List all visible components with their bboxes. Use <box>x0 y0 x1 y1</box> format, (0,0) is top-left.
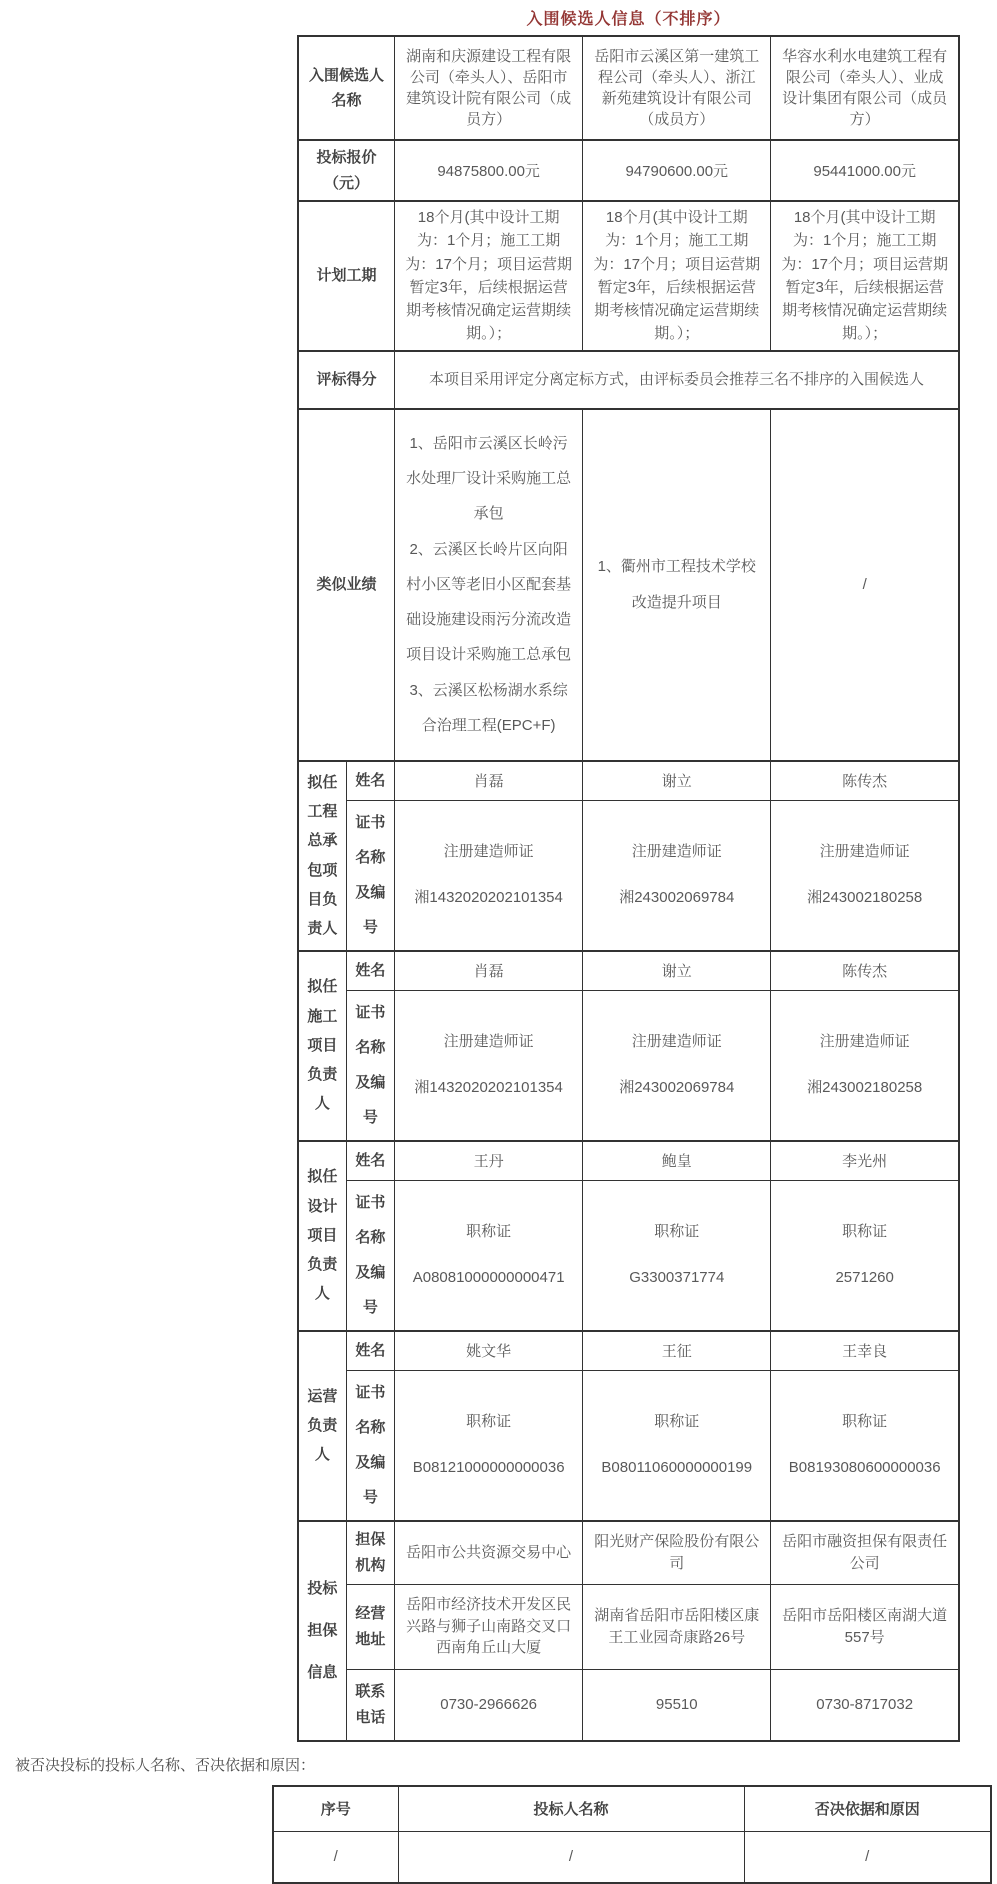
operation-leader-cert-2: 职称证 B08011060000000199 <box>583 1370 771 1521</box>
epc-leader-name-2: 谢立 <box>583 761 771 801</box>
rejected-header-reason: 否决依据和原因 <box>744 1786 991 1832</box>
epc-leader-cert-2: 注册建造师证 湘243002069784 <box>583 800 771 951</box>
sub-label-cert: 证书名称及编号 <box>346 1180 394 1331</box>
sub-label-guarantee-phone: 联系电话 <box>346 1669 394 1741</box>
guarantee-address-row: 经营地址 岳阳市经济技术开发区民兴路与狮子山南路交叉口西南角丘山大厦 湖南省岳阳… <box>298 1584 959 1669</box>
sub-label-guarantee-address: 经营地址 <box>346 1584 394 1669</box>
guarantee-address-3: 岳阳市岳阳楼区南湖大道557号 <box>771 1584 959 1669</box>
sub-label-name: 姓名 <box>346 1141 394 1181</box>
duration-3: 18个月(其中设计工期为：1个月；施工工期为：17个月；项目运营期暂定3年，后续… <box>771 201 959 351</box>
row-label-duration: 计划工期 <box>298 201 395 351</box>
epc-leader-name-1: 肖磊 <box>395 761 583 801</box>
design-leader-cert-3: 职称证 2571260 <box>771 1180 959 1331</box>
rejected-reason-value: / <box>744 1831 991 1883</box>
design-leader-name-3: 李光州 <box>771 1141 959 1181</box>
group-label-epc-leader: 拟任工程总承包项目负责人 <box>298 761 346 951</box>
achievement-3: / <box>771 409 959 761</box>
group-label-construction-leader: 拟任施工项目负责人 <box>298 951 346 1141</box>
duration-1: 18个月(其中设计工期为：1个月；施工工期为：17个月；项目运营期暂定3年，后续… <box>395 201 583 351</box>
construction-leader-cert-row: 证书名称及编号 注册建造师证 湘1432020202101354 注册建造师证 … <box>298 990 959 1141</box>
rejected-header-seq: 序号 <box>273 1786 398 1832</box>
score-row: 评标得分 本项目采用评定分离定标方式，由评标委员会推荐三名不排序的入围候选人 <box>298 351 959 409</box>
sub-label-cert: 证书名称及编号 <box>346 1370 394 1521</box>
achievement-row: 类似业绩 1、岳阳市云溪区长岭污水处理厂设计采购施工总承包 2、云溪区长岭片区向… <box>298 409 959 761</box>
guarantee-address-2: 湖南省岳阳市岳阳楼区康王工业园奇康路26号 <box>583 1584 771 1669</box>
epc-leader-cert-3: 注册建造师证 湘243002180258 <box>771 800 959 951</box>
candidates-table: 入围候选人名称 湖南和庆源建设工程有限公司（牵头人）、岳阳市建筑设计院有限公司（… <box>297 35 960 1742</box>
design-leader-name-2: 鲍皇 <box>583 1141 771 1181</box>
sub-label-cert: 证书名称及编号 <box>346 990 394 1141</box>
bid-price-3: 95441000.00元 <box>771 140 959 201</box>
guarantee-org-row: 投标担保信息 担保机构 岳阳市公共资源交易中心 阳光财产保险股份有限公司 岳阳市… <box>298 1521 959 1585</box>
design-leader-cert-2: 职称证 G3300371774 <box>583 1180 771 1331</box>
operation-leader-cert-3: 职称证 B08193080600000036 <box>771 1370 959 1521</box>
sub-label-cert: 证书名称及编号 <box>346 800 394 951</box>
epc-leader-name-row: 拟任工程总承包项目负责人 姓名 肖磊 谢立 陈传杰 <box>298 761 959 801</box>
candidates-section: 入围候选人信息（不排序） 入围候选人名称 湖南和庆源建设工程有限公司（牵头人）、… <box>297 6 960 1742</box>
epc-leader-cert-1: 注册建造师证 湘1432020202101354 <box>395 800 583 951</box>
duration-row: 计划工期 18个月(其中设计工期为：1个月；施工工期为：17个月；项目运营期暂定… <box>298 201 959 351</box>
row-label-achievement: 类似业绩 <box>298 409 395 761</box>
rejected-bidders-note: 被否决投标的投标人名称、否决依据和原因： <box>15 1754 997 1775</box>
operation-leader-name-row: 运营负责人 姓名 姚文华 王征 王幸良 <box>298 1331 959 1371</box>
guarantee-org-2: 阳光财产保险股份有限公司 <box>583 1521 771 1585</box>
construction-leader-name-2: 谢立 <box>583 951 771 991</box>
candidate-name-2: 岳阳市云溪区第一建筑工程公司（牵头人）、浙江新苑建筑设计有限公司（成员方） <box>583 36 771 140</box>
construction-leader-cert-3: 注册建造师证 湘243002180258 <box>771 990 959 1141</box>
operation-leader-cert-row: 证书名称及编号 职称证 B08121000000000036 职称证 B0801… <box>298 1370 959 1521</box>
guarantee-phone-row: 联系电话 0730-2966626 95510 0730-8717032 <box>298 1669 959 1741</box>
operation-leader-cert-1: 职称证 B08121000000000036 <box>395 1370 583 1521</box>
operation-leader-name-3: 王幸良 <box>771 1331 959 1371</box>
group-label-guarantee: 投标担保信息 <box>298 1521 346 1741</box>
row-label-score: 评标得分 <box>298 351 395 409</box>
design-leader-cert-1: 职称证 A08081000000000471 <box>395 1180 583 1331</box>
sub-label-guarantee-org: 担保机构 <box>346 1521 394 1585</box>
rejected-seq-value: / <box>273 1831 398 1883</box>
operation-leader-name-2: 王征 <box>583 1331 771 1371</box>
bid-price-1: 94875800.00元 <box>395 140 583 201</box>
row-label-bid-price: 投标报价（元） <box>298 140 395 201</box>
epc-leader-name-3: 陈传杰 <box>771 761 959 801</box>
construction-leader-cert-2: 注册建造师证 湘243002069784 <box>583 990 771 1141</box>
sub-label-name: 姓名 <box>346 951 394 991</box>
operation-leader-name-1: 姚文华 <box>395 1331 583 1371</box>
rejected-bidders-table: 序号 投标人名称 否决依据和原因 / / / <box>272 1785 992 1884</box>
candidate-name-row: 入围候选人名称 湖南和庆源建设工程有限公司（牵头人）、岳阳市建筑设计院有限公司（… <box>298 36 959 140</box>
epc-leader-cert-row: 证书名称及编号 注册建造师证 湘1432020202101354 注册建造师证 … <box>298 800 959 951</box>
rejected-header-bidder: 投标人名称 <box>398 1786 744 1832</box>
group-label-design-leader: 拟任设计项目负责人 <box>298 1141 346 1331</box>
candidate-name-3: 华容水利水电建筑工程有限公司（牵头人）、业成设计集团有限公司（成员方） <box>771 36 959 140</box>
guarantee-address-1: 岳阳市经济技术开发区民兴路与狮子山南路交叉口西南角丘山大厦 <box>395 1584 583 1669</box>
bid-price-2: 94790600.00元 <box>583 140 771 201</box>
sub-label-name: 姓名 <box>346 1331 394 1371</box>
construction-leader-cert-1: 注册建造师证 湘1432020202101354 <box>395 990 583 1141</box>
rejected-bidder-value: / <box>398 1831 744 1883</box>
guarantee-org-1: 岳阳市公共资源交易中心 <box>395 1521 583 1585</box>
achievement-1: 1、岳阳市云溪区长岭污水处理厂设计采购施工总承包 2、云溪区长岭片区向阳村小区等… <box>395 409 583 761</box>
design-leader-name-1: 王丹 <box>395 1141 583 1181</box>
construction-leader-name-1: 肖磊 <box>395 951 583 991</box>
page-title: 入围候选人信息（不排序） <box>297 6 960 29</box>
sub-label-name: 姓名 <box>346 761 394 801</box>
guarantee-phone-3: 0730-8717032 <box>771 1669 959 1741</box>
guarantee-phone-2: 95510 <box>583 1669 771 1741</box>
guarantee-org-3: 岳阳市融资担保有限责任公司 <box>771 1521 959 1585</box>
group-label-operation-leader: 运营负责人 <box>298 1331 346 1521</box>
design-leader-name-row: 拟任设计项目负责人 姓名 王丹 鲍皇 李光州 <box>298 1141 959 1181</box>
construction-leader-name-3: 陈传杰 <box>771 951 959 991</box>
design-leader-cert-row: 证书名称及编号 职称证 A08081000000000471 职称证 G3300… <box>298 1180 959 1331</box>
score-value: 本项目采用评定分离定标方式，由评标委员会推荐三名不排序的入围候选人 <box>395 351 959 409</box>
guarantee-phone-1: 0730-2966626 <box>395 1669 583 1741</box>
rejected-header-row: 序号 投标人名称 否决依据和原因 <box>273 1786 991 1832</box>
rejected-value-row: / / / <box>273 1831 991 1883</box>
row-label-candidate-name: 入围候选人名称 <box>298 36 395 140</box>
construction-leader-name-row: 拟任施工项目负责人 姓名 肖磊 谢立 陈传杰 <box>298 951 959 991</box>
candidate-name-1: 湖南和庆源建设工程有限公司（牵头人）、岳阳市建筑设计院有限公司（成员方） <box>395 36 583 140</box>
bid-price-row: 投标报价（元） 94875800.00元 94790600.00元 954410… <box>298 140 959 201</box>
duration-2: 18个月(其中设计工期为：1个月；施工工期为：17个月；项目运营期暂定3年，后续… <box>583 201 771 351</box>
achievement-2: 1、衢州市工程技术学校改造提升项目 <box>583 409 771 761</box>
